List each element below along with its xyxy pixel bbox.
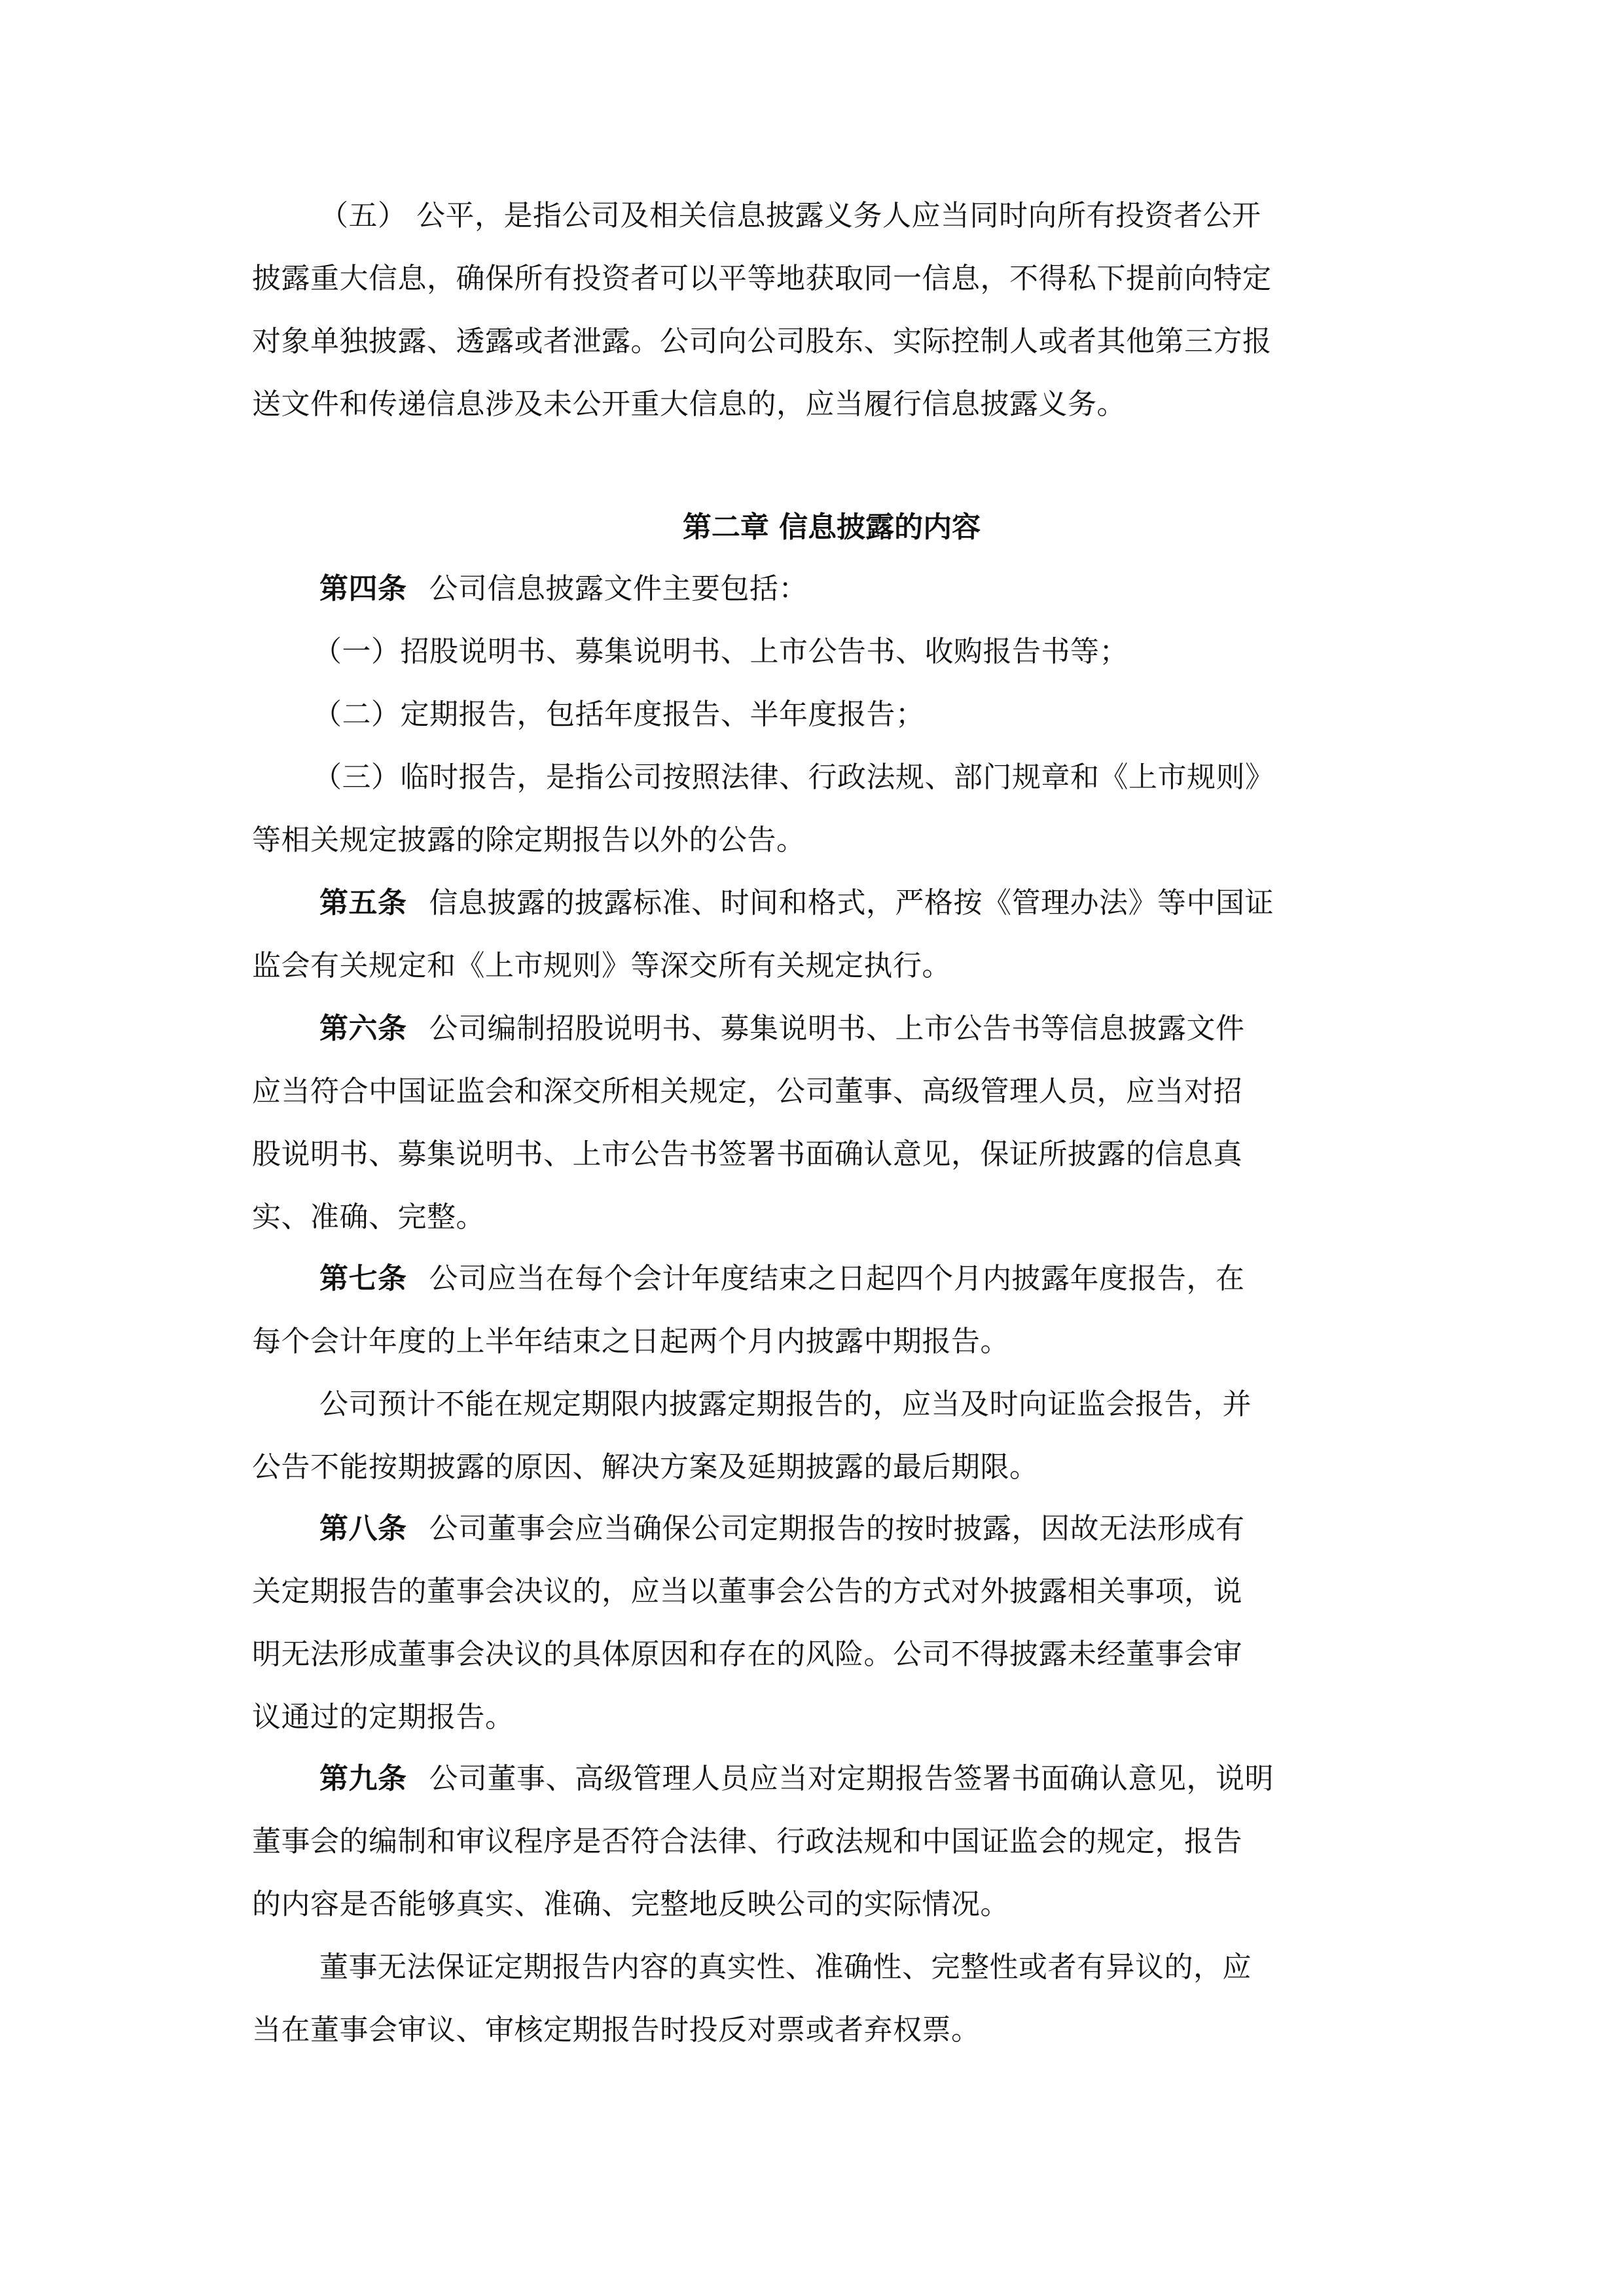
article-label: 第六条 <box>319 1012 407 1045</box>
article-label: 第九条 <box>319 1762 407 1795</box>
article5-line-1: 第五条信息披露的披露标准、时间和格式，严格按《管理办法》等中国证 <box>319 884 1274 923</box>
article-label: 第五条 <box>319 886 407 920</box>
article9-line-3: 的内容是否能够真实、准确、完整地反映公司的实际情况。 <box>252 1885 1009 1924</box>
article-label: 第八条 <box>319 1512 407 1545</box>
article-text: 公司应当在每个会计年度结束之日起四个月内披露年度报告，在 <box>429 1262 1245 1295</box>
article-text: 公司董事会应当确保公司定期报告的按时披露，因故无法形成有 <box>429 1512 1245 1545</box>
section5-line-4: 送文件和传递信息涉及未公开重大信息的，应当履行信息披露义务。 <box>252 385 1126 424</box>
article7-line-1: 第七条公司应当在每个会计年度结束之日起四个月内披露年度报告，在 <box>319 1259 1245 1299</box>
section5-line-3: 对象单独披露、透露或者泄露。公司向公司股东、实际控制人或者其他第三方报 <box>252 322 1272 361</box>
article9-para2-line-1: 董事无法保证定期报告内容的真实性、准确性、完整性或者有异议的，应 <box>319 1948 1252 1987</box>
article-text: 公司信息披露文件主要包括： <box>429 572 808 605</box>
article9-para2-line-2: 当在董事会审议、审核定期报告时投反对票或者弃权票。 <box>252 2011 981 2050</box>
article4-line-1: 第四条公司信息披露文件主要包括： <box>319 569 808 609</box>
section5-line-2: 披露重大信息，确保所有投资者可以平等地获取同一信息，不得私下提前向特定 <box>252 259 1272 298</box>
article8-line-4: 议通过的定期报告。 <box>252 1698 514 1737</box>
article4-item-1: （一）招股说明书、募集说明书、上市公告书、收购报告书等； <box>313 632 1128 672</box>
article9-line-1: 第九条公司董事、高级管理人员应当对定期报告签署书面确认意见，说明 <box>319 1759 1274 1799</box>
article8-line-2: 关定期报告的董事会决议的，应当以董事会公告的方式对外披露相关事项，说 <box>252 1572 1242 1611</box>
article8-line-3: 明无法形成董事会决议的具体原因和存在的风险。公司不得披露未经董事会审 <box>252 1635 1242 1674</box>
article-label: 第七条 <box>319 1262 407 1295</box>
article4-item-3: （三）临时报告，是指公司按照法律、行政法规、部门规章和《上市规则》 <box>313 758 1274 797</box>
chapter-heading: 第二章 信息披露的内容 <box>0 508 1624 547</box>
article-text: 公司董事、高级管理人员应当对定期报告签署书面确认意见，说明 <box>429 1762 1274 1795</box>
article-label: 第四条 <box>319 572 407 605</box>
article-text: 信息披露的披露标准、时间和格式，严格按《管理办法》等中国证 <box>429 886 1274 920</box>
article7-para2-line-1: 公司预计不能在规定期限内披露定期报告的，应当及时向证监会报告，并 <box>319 1385 1252 1424</box>
article6-line-4: 实、准确、完整。 <box>252 1198 485 1237</box>
article6-line-3: 股说明书、募集说明书、上市公告书签署书面确认意见，保证所披露的信息真 <box>252 1135 1242 1174</box>
article9-line-2: 董事会的编制和审议程序是否符合法律、行政法规和中国证监会的规定，报告 <box>252 1822 1242 1861</box>
article-text: 公司编制招股说明书、募集说明书、上市公告书等信息披露文件 <box>429 1012 1245 1045</box>
article6-line-1: 第六条公司编制招股说明书、募集说明书、上市公告书等信息披露文件 <box>319 1009 1245 1049</box>
document-page: （五） 公平，是指公司及相关信息披露义务人应当同时向所有投资者公开 披露重大信息… <box>0 0 1624 2296</box>
article5-line-2: 监会有关规定和《上市规则》等深交所有关规定执行。 <box>252 946 951 986</box>
article4-item-2: （二）定期报告，包括年度报告、半年度报告； <box>313 695 925 734</box>
article6-line-2: 应当符合中国证监会和深交所相关规定，公司董事、高级管理人员，应当对招 <box>252 1072 1242 1111</box>
article7-para2-line-2: 公告不能按期披露的原因、解决方案及延期披露的最后期限。 <box>252 1448 1039 1487</box>
section5-line-1: （五） 公平，是指公司及相关信息披露义务人应当同时向所有投资者公开 <box>319 196 1261 236</box>
article8-line-1: 第八条公司董事会应当确保公司定期报告的按时披露，因故无法形成有 <box>319 1509 1245 1549</box>
article7-line-2: 每个会计年度的上半年结束之日起两个月内披露中期报告。 <box>252 1322 1009 1361</box>
article4-item-3-cont: 等相关规定披露的除定期报告以外的公告。 <box>252 821 806 860</box>
